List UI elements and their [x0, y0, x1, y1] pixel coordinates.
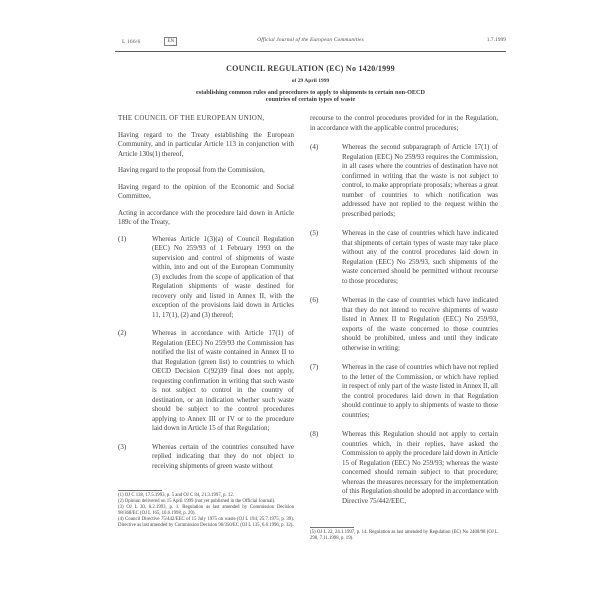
regulation-number: COUNCIL REGULATION (EC) No 1420/1999 [115, 64, 506, 73]
recital-text: Whereas certain of the countries consult… [152, 443, 294, 472]
footnote: (3) OJ L 30, 6.2.1993, p. 1. Regulation … [118, 505, 294, 517]
recital-text: Whereas the second subparagraph of Artic… [342, 143, 498, 219]
preamble-opening: THE COUNCIL OF THE EUROPEAN UNION, [118, 114, 294, 124]
recital-number: (6) [310, 296, 342, 353]
preamble-paragraph: Acting in accordance with the procedure … [118, 209, 294, 228]
right-column: recourse to the control procedures provi… [310, 114, 498, 516]
preamble-paragraph: recourse to the control procedures provi… [310, 114, 498, 133]
recital: (2)Whereas in accordance with Article 17… [118, 329, 294, 434]
recital-text: Whereas in the case of countries which h… [342, 229, 498, 286]
footnotes-left: (1) OJ C 138, 17.5.1993, p. 5 and OJ C 8… [118, 490, 294, 529]
footnotes-right: (5) OJ L 22, 24.1.1997, p. 14. Regulatio… [310, 527, 498, 542]
recital-text: Whereas in accordance with Article 17(1)… [152, 329, 294, 434]
left-column: THE COUNCIL OF THE EUROPEAN UNION,Having… [118, 114, 294, 480]
footnote-rule [310, 527, 354, 528]
recital: (6)Whereas in the case of countries whic… [310, 296, 498, 353]
recital-text: Whereas in the case of countries which h… [342, 363, 498, 420]
journal-title: Official Journal of the European Communi… [115, 37, 506, 43]
preamble-paragraph: Having regard to the opinion of the Econ… [118, 183, 294, 202]
recital-number: (8) [310, 430, 342, 506]
footnote-rule [118, 490, 162, 491]
preamble-paragraph: Having regard to the Treaty establishing… [118, 131, 294, 160]
recital: (5)Whereas in the case of countries whic… [310, 229, 498, 286]
journal-header: L 166/6 EN Official Journal of the Europ… [115, 36, 506, 49]
recital-number: (4) [310, 143, 342, 219]
recital: (1)Whereas Article 1(3)(a) of Council Re… [118, 235, 294, 321]
recital-text: Whereas Article 1(3)(a) of Council Regul… [152, 235, 294, 321]
footnote: (5) OJ L 22, 24.1.1997, p. 14. Regulatio… [310, 530, 498, 542]
document-page: L 166/6 EN Official Journal of the Europ… [0, 0, 600, 600]
recital-number: (7) [310, 363, 342, 420]
recital-number: (5) [310, 229, 342, 286]
recital-text: Whereas this Regulation should not apply… [342, 430, 498, 506]
footnote: (4) Council Directive 75/442/EEC of 15 J… [118, 517, 294, 529]
recital-number: (1) [118, 235, 152, 321]
recital: (3)Whereas certain of the countries cons… [118, 443, 294, 472]
recital-number: (2) [118, 329, 152, 434]
recital-number: (3) [118, 443, 152, 472]
regulation-date: of 29 April 1999 [115, 78, 506, 84]
regulation-title-block: COUNCIL REGULATION (EC) No 1420/1999 of … [115, 64, 506, 103]
preamble-paragraph: Having regard to the proposal from the C… [118, 166, 294, 176]
regulation-subject: establishing common rules and procedures… [195, 89, 427, 103]
recital: (7)Whereas in the case of countries whic… [310, 363, 498, 420]
recital: (8)Whereas this Regulation should not ap… [310, 430, 498, 506]
recital-text: Whereas in the case of countries which h… [342, 296, 498, 353]
recital: (4)Whereas the second subparagraph of Ar… [310, 143, 498, 219]
header-date: 1.7.1999 [487, 37, 506, 43]
header-rule [115, 51, 506, 52]
